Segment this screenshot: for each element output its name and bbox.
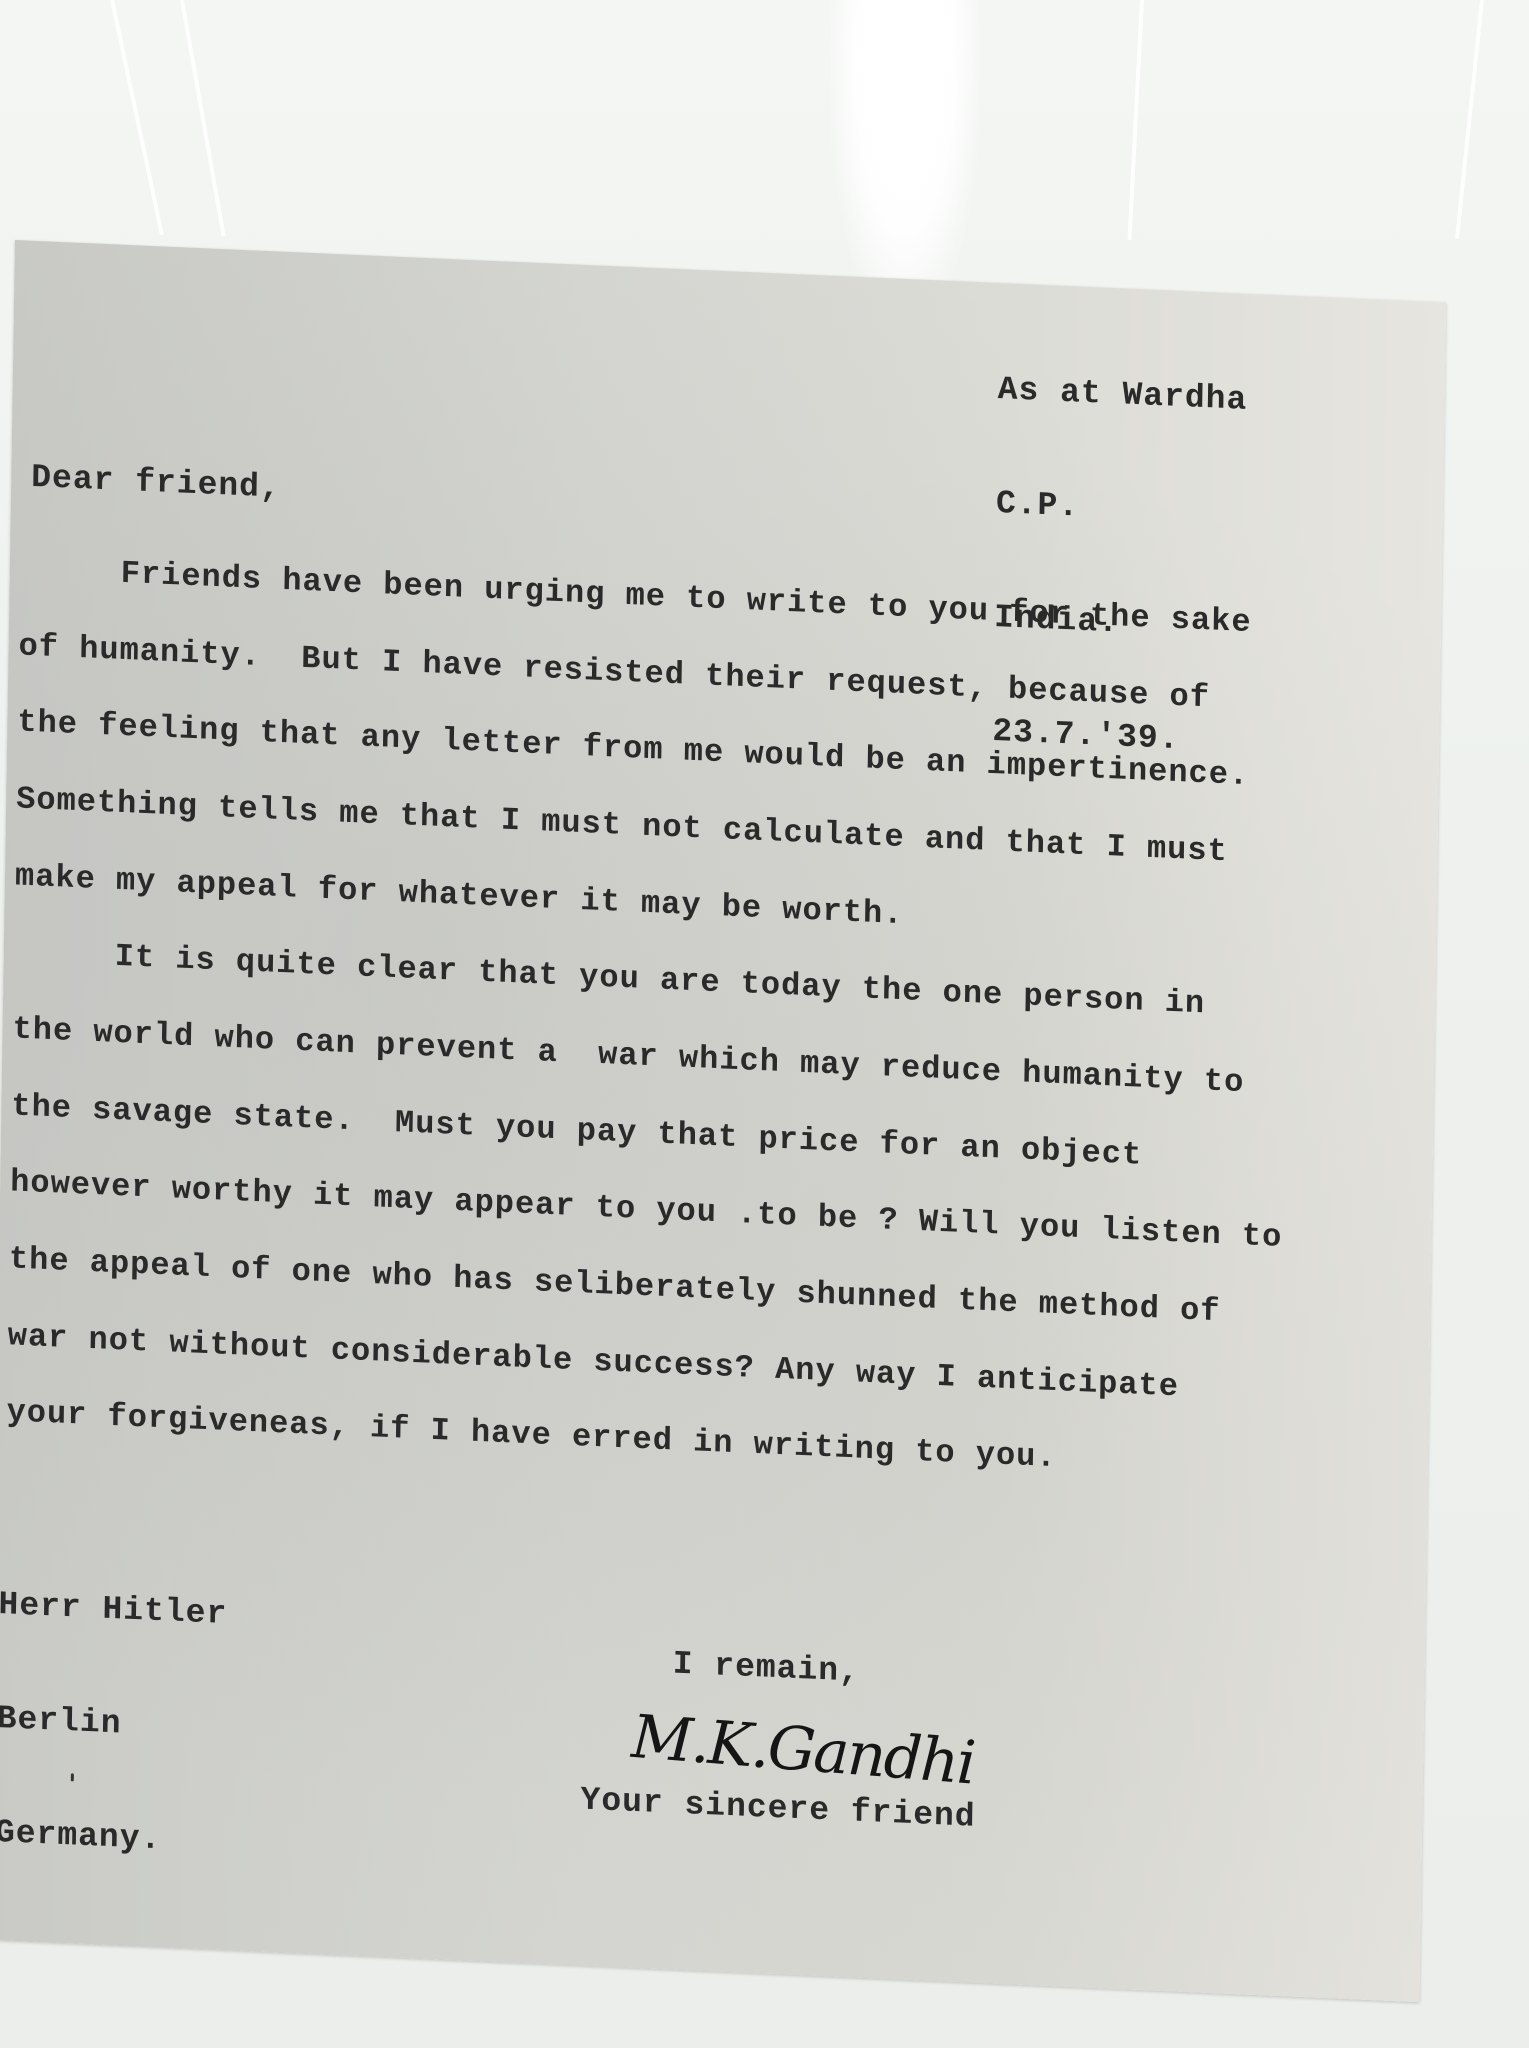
recipient-country: Germany. bbox=[0, 1814, 224, 1862]
ink-speck bbox=[71, 1773, 74, 1781]
recipient-city: Berlin bbox=[0, 1700, 226, 1748]
recipient-name: Herr Hitler bbox=[0, 1586, 228, 1634]
recipient-address: Herr Hitler Berlin Germany. bbox=[0, 1510, 229, 1938]
body-line: It is quite clear that you are today the… bbox=[14, 933, 1206, 1023]
letter-paper: As at Wardha C.P. India. 23.7.'39. Dear … bbox=[0, 240, 1446, 2002]
address-line-1: As at Wardha bbox=[997, 371, 1247, 420]
closing-line-1: I remain, bbox=[582, 1642, 978, 1697]
glare-reflection-line bbox=[180, 0, 226, 237]
body-line: your forgiveneas, if I have erred in wri… bbox=[6, 1393, 1057, 1477]
glare-reflection-line bbox=[1455, 0, 1484, 239]
body-line: the world who can prevent a war which ma… bbox=[12, 1010, 1244, 1102]
letter-body: Friends have been urging me to write to … bbox=[12, 550, 101, 1085]
address-line-2: C.P. bbox=[996, 485, 1246, 534]
body-line: war not without considerable success? An… bbox=[7, 1317, 1179, 1406]
body-line: make my appeal for whatever it may be wo… bbox=[15, 857, 904, 934]
glare-reflection-line bbox=[1127, 0, 1144, 240]
glare-reflection-line bbox=[110, 0, 164, 235]
salutation: Dear friend, bbox=[31, 459, 281, 508]
body-line: however worthy it may appear to you .to … bbox=[10, 1163, 1283, 1257]
body-line: the savage state. Must you pay that pric… bbox=[11, 1087, 1142, 1174]
light-glare bbox=[830, 0, 980, 320]
body-line: the appeal of one who has seliberately s… bbox=[9, 1240, 1221, 1331]
